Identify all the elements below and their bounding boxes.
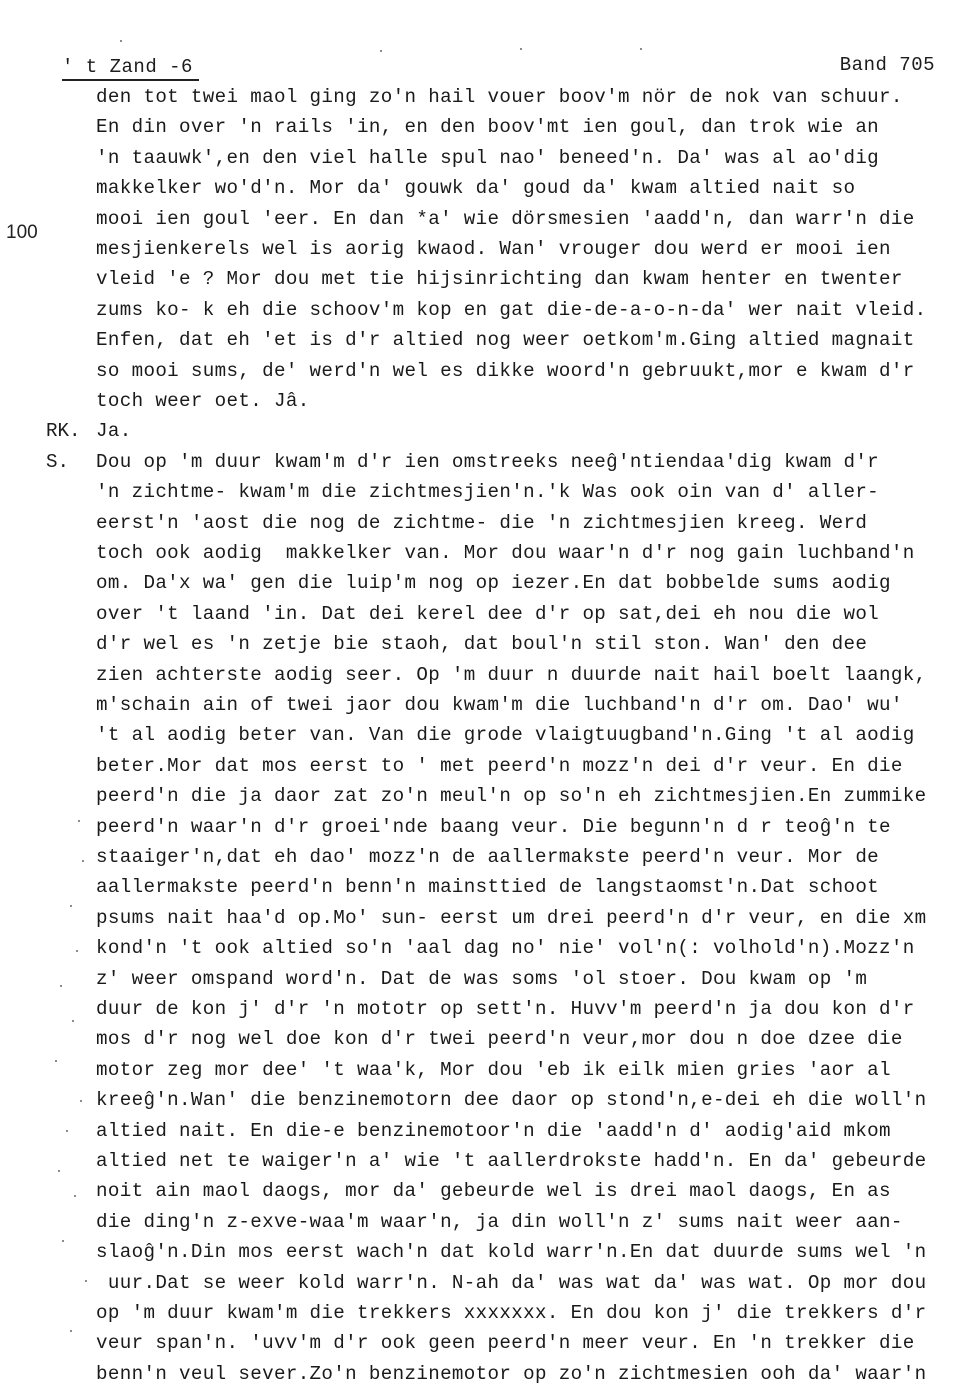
scan-speck: [58, 1170, 60, 1172]
transcript-line: om. Da'x wa' gen die luip'm nog op iezer…: [96, 573, 891, 593]
transcript-line: die ding'n z-exve-waa'm waar'n, ja din w…: [96, 1212, 903, 1232]
transcript-line: veur span'n. 'uvv'm d'r ook geen peerd'n…: [96, 1333, 915, 1353]
transcript-line: staaiger'n,dat eh dao' mozz'n de aallerm…: [96, 847, 879, 867]
transcript-line: z' weer omspand word'n. Dat de was soms …: [96, 969, 867, 989]
scan-speck: [380, 50, 382, 52]
transcript-line: psums nait haa'd op.Mo' sun- eerst um dr…: [96, 908, 927, 928]
scan-speck: [520, 48, 522, 50]
speaker-label: RK.: [46, 421, 81, 441]
scan-speck: [76, 950, 78, 952]
transcript-line: den tot twei maol ging zo'n hail vouer b…: [96, 87, 903, 107]
scan-speck: [74, 1195, 76, 1197]
transcript-line: kond'n 't ook altied so'n 'aal dag no' n…: [96, 938, 915, 958]
transcript-line: zums ko- k eh die schoov'm kop en gat di…: [96, 300, 927, 320]
scan-speck: [640, 48, 642, 50]
transcript-line: mesjienkerels wel is aorig kwaod. Wan' v…: [96, 239, 891, 259]
transcript-line: motor zeg mor dee' 't waa'k, Mor dou 'eb…: [96, 1060, 891, 1080]
transcript-line: benn'n veul sever.Zo'n benzinemotor op z…: [96, 1364, 927, 1384]
scan-speck: [62, 1240, 64, 1242]
transcript-line: d'r wel es 'n zetje bie staoh, dat boul'…: [96, 634, 867, 654]
transcript-line: eerst'n 'aost die nog de zichtme- die 'n…: [96, 513, 867, 533]
transcript-line: toch ook aodig makkelker van. Mor dou wa…: [96, 543, 915, 563]
scan-speck: [120, 40, 122, 42]
transcript-line: so mooi sums, de' werd'n wel es dikke wo…: [96, 361, 915, 381]
scan-speck: [70, 1330, 72, 1332]
transcript-line: 't al aodig beter van. Van die grode vla…: [96, 725, 915, 745]
transcript-line: peerd'n waar'n d'r groei'nde baang veur.…: [96, 817, 891, 837]
scan-speck: [85, 1280, 87, 1282]
transcript-line: peerd'n die ja daor zat zo'n meul'n op s…: [96, 786, 927, 806]
transcript-line: En din over 'n rails 'in, en den boov'mt…: [96, 117, 879, 137]
transcript-line: Dou op 'm duur kwam'm d'r ien omstreeks …: [96, 452, 879, 472]
transcript-line: beter.Mor dat mos eerst to ' met peerd'n…: [96, 756, 903, 776]
transcript-line: aallermakste peerd'n benn'n mainsttied d…: [96, 877, 879, 897]
transcript-line: op 'm duur kwam'm die trekkers xxxxxxx. …: [96, 1303, 927, 1323]
transcript-line: altied net te waiger'n a' wie 't aallerd…: [96, 1151, 927, 1171]
margin-line-number: 100: [6, 222, 38, 244]
document-title: ' t Zand -6: [62, 56, 199, 81]
transcript-line: mos d'r nog wel doe kon d'r twei peerd'n…: [96, 1029, 903, 1049]
transcript-line: m'schain ain of twei jaor dou kwam'm die…: [96, 695, 903, 715]
transcript-line: noit ain maol daogs, mor da' gebeurde we…: [96, 1181, 891, 1201]
scan-speck: [78, 820, 80, 822]
scan-speck: [82, 860, 84, 862]
scan-speck: [55, 1060, 57, 1062]
transcript-line: altied nait. En die-e benzinemotoor'n di…: [96, 1121, 891, 1141]
transcript-line: Enfen, dat eh 'et is d'r altied nog weer…: [96, 330, 915, 350]
transcript-line: kreeĝ'n.Wan' die benzinemotorn dee daor …: [96, 1090, 927, 1110]
transcript-line: 'n zichtme- kwam'm die zichtmesjien'n.'k…: [96, 482, 879, 502]
transcript-line: toch weer oet. Jâ.: [96, 391, 310, 411]
scan-speck: [66, 1130, 68, 1132]
transcript-line: makkelker wo'd'n. Mor da' gouwk da' goud…: [96, 178, 855, 198]
speaker-label: S.: [46, 452, 69, 472]
transcript-line: slaoĝ'n.Din mos eerst wach'n dat kold wa…: [96, 1242, 927, 1262]
transcript-line: Ja.: [96, 421, 132, 441]
transcript-line: mooi ien goul 'eer. En dan *a' wie dörsm…: [96, 209, 915, 229]
scan-speck: [80, 1100, 82, 1102]
scan-speck: [70, 905, 72, 907]
typewritten-transcript-page: ' t Zand -6 Band 705 100 den tot twei ma…: [0, 0, 973, 1393]
transcript-line: over 't laand 'in. Dat dei kerel dee d'r…: [96, 604, 879, 624]
transcript-line: duur de kon j' d'r 'n mototr op sett'n. …: [96, 999, 915, 1019]
scan-speck: [60, 985, 62, 987]
transcript-line: 'n taauwk',en den viel halle spul nao' b…: [96, 148, 879, 168]
scan-speck: [72, 1020, 74, 1022]
transcript-line: zien achterste aodig seer. Op 'm duur n …: [96, 665, 927, 685]
transcript-line: vleid 'e ? Mor dou met tie hijsinrichtin…: [96, 269, 903, 289]
transcript-line: uur.Dat se weer kold warr'n. N-ah da' wa…: [96, 1273, 927, 1293]
tape-number: Band 705: [840, 54, 935, 76]
